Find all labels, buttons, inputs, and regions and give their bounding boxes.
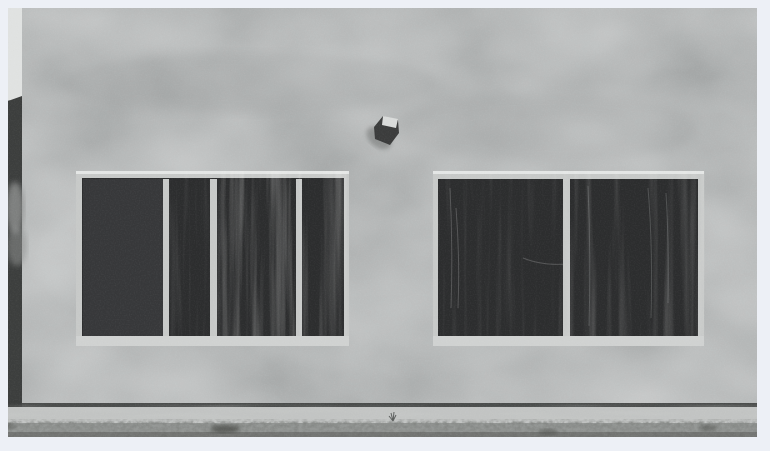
grain-dark — [8, 8, 757, 437]
screenshot-frame — [0, 0, 770, 451]
photo-canvas — [0, 0, 770, 451]
photograph — [0, 8, 757, 437]
film-grain — [8, 8, 757, 437]
